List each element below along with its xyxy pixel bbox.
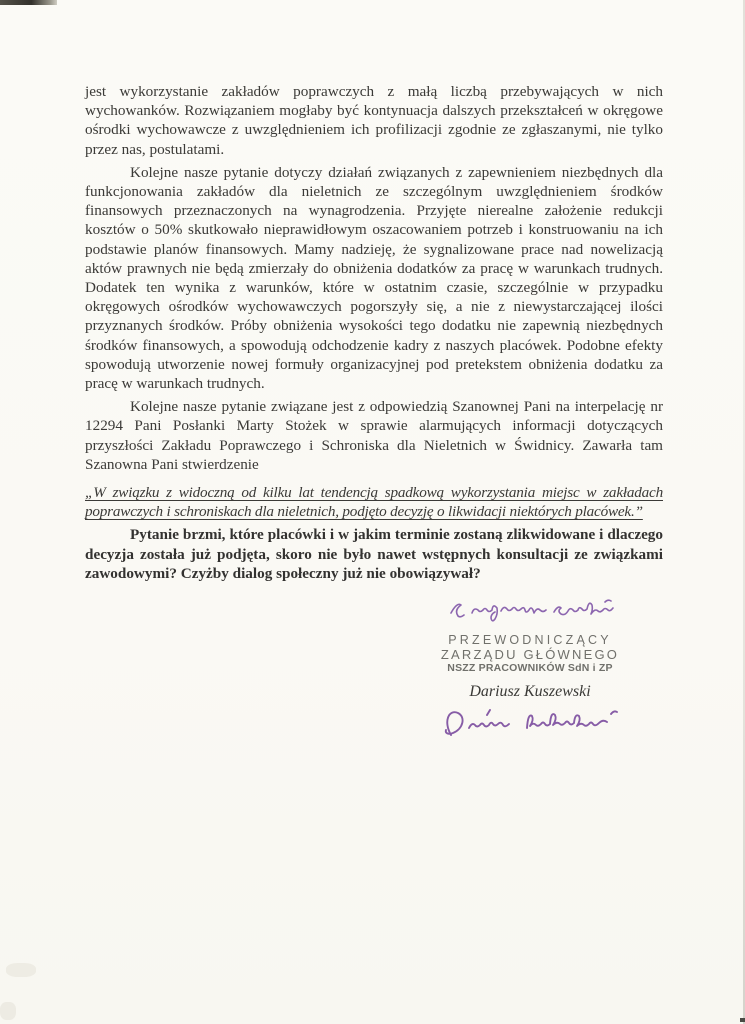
stamp-title: PRZEWODNICZĄCY: [430, 633, 630, 647]
paragraph-funding: Kolejne nasze pytanie dotyczy działań zw…: [85, 163, 663, 393]
scan-smudge: [0, 1002, 16, 1020]
quoted-statement: „W związku z widoczną od kilku lat tende…: [85, 483, 663, 521]
letter-body: jest wykorzystanie zakładów poprawczych …: [85, 82, 663, 587]
paragraph-continuation: jest wykorzystanie zakładów poprawczych …: [85, 82, 663, 159]
signer-name: Dariusz Kuszewski: [430, 683, 630, 701]
scan-artifact-bottom-right: [740, 1018, 745, 1022]
scan-artifact-top-left: [0, 0, 57, 5]
handwritten-closing: [445, 588, 615, 628]
handwritten-signature: [435, 701, 625, 747]
stamp-organization: NSZZ PRACOWNIKÓW SdN i ZP: [430, 662, 630, 674]
chairman-stamp: PRZEWODNICZĄCY ZARZĄDU GŁÓWNEGO NSZZ PRA…: [430, 633, 630, 674]
stamp-subtitle: ZARZĄDU GŁÓWNEGO: [430, 647, 630, 662]
handwritten-signature-text: Dariusz Kuszewski: [530, 747, 531, 748]
scan-smudge: [6, 963, 36, 977]
closing-question: Pytanie brzmi, które placówki i w jakim …: [85, 525, 663, 583]
scanned-letter-page: jest wykorzystanie zakładów poprawczych …: [0, 0, 745, 1024]
paragraph-interpellation: Kolejne nasze pytanie związane jest z od…: [85, 397, 663, 474]
handwritten-closing-text: z wyrazami szacunku: [530, 628, 531, 629]
signature-block: z wyrazami szacunku PRZEWODNICZĄCY ZARZĄ…: [430, 588, 630, 747]
